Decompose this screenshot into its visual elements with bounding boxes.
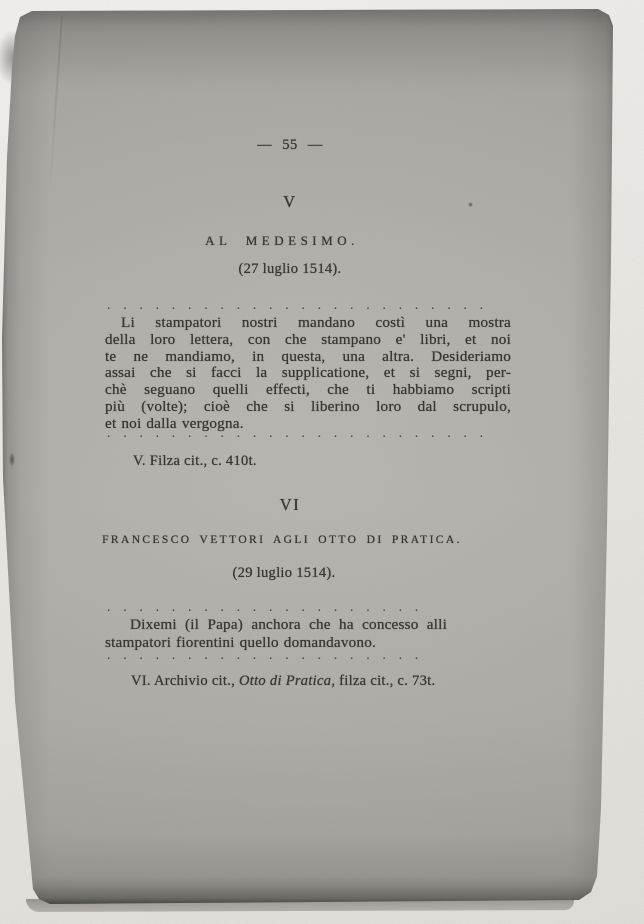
book-page: — 55 — V AL MEDESIMO. (27 luglio 1514). … (0, 8, 616, 904)
section-v-heading: AL MEDESIMO. (97, 233, 467, 249)
body-line: Dixemi (il Papa) anchora che ha concesso… (105, 616, 447, 634)
ellipsis-row: .................... (107, 602, 431, 614)
section-vi-heading: FRANCESCO VETTORI AGLI OTTO DI PRATICA. (97, 534, 467, 546)
letter-v-body: Li stampatori nostri mandano costì una m… (105, 315, 511, 432)
footnote-vi: VI. Archivio cit., Otto di Pratica, filz… (131, 673, 435, 690)
section-v-date: (27 luglio 1514). (105, 261, 475, 278)
body-line: della loro lettera, con che stampano e' … (105, 332, 511, 349)
footnote-v: V. Filza cit., c. 410t. (133, 453, 257, 470)
page-edge-tear (9, 452, 15, 467)
body-line: Li stampatori nostri mandano costì una m… (105, 315, 511, 332)
body-line: te ne mandiamo, in questa, una altra. De… (105, 349, 511, 366)
ellipsis-row: ........................ (107, 428, 496, 440)
body-line: assai che si facci la supplicatione, et … (105, 365, 511, 382)
scanner-bed: — 55 — V AL MEDESIMO. (27 luglio 1514). … (0, 0, 644, 924)
section-vi-numeral: VI (105, 495, 475, 515)
letter-vi-body: Dixemi (il Papa) anchora che ha concesso… (105, 616, 447, 652)
footnote-vi-suffix: , filza cit., c. 73t. (331, 673, 435, 689)
footnote-vi-prefix: VI. Archivio cit., (131, 673, 239, 689)
section-v-numeral: V (105, 192, 475, 212)
ellipsis-row: ........................ (107, 300, 496, 312)
footnote-vi-archive-title: Otto di Pratica (239, 673, 331, 689)
body-line: più (volte); cioè che si liberino loro d… (105, 399, 511, 416)
page-number: — 55 — (105, 137, 475, 154)
section-vi-date: (29 luglio 1514). (99, 565, 469, 582)
ellipsis-row: .................... (107, 650, 431, 662)
body-line: chè seguano quelli effecti, che ti habbi… (105, 382, 511, 399)
page-content: — 55 — V AL MEDESIMO. (27 luglio 1514). … (0, 8, 616, 904)
